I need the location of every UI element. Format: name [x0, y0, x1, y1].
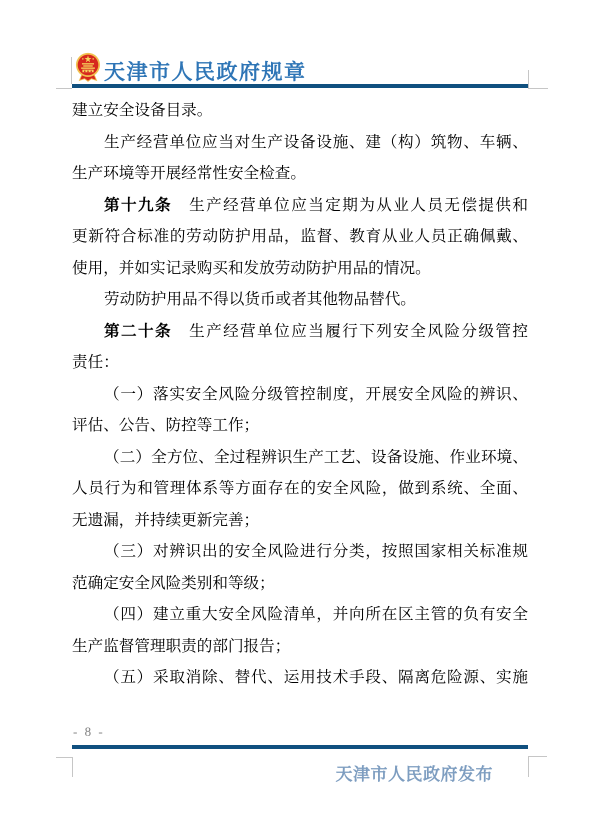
publisher-label: 天津市人民政府发布	[72, 760, 493, 785]
margin-mark-top-left-vertical	[71, 57, 72, 84]
body-line: （五）采取消除、替代、运用技术手段、隔离危险源、实施	[72, 662, 528, 694]
regulation-body-text: 建立安全设备目录。生产经营单位应当对生产设备设施、建（构）筑物、车辆、生产环境等…	[72, 95, 528, 694]
body-line: 建立安全设备目录。	[72, 95, 528, 127]
document-page: 天津市人民政府规章 建立安全设备目录。生产经营单位应当对生产设备设施、建（构）筑…	[0, 0, 594, 823]
margin-mark-top-right-vertical	[528, 70, 529, 88]
body-line: 生产环境等开展经常性安全检查。	[72, 158, 528, 190]
body-line: （四）建立重大安全风险清单，并向所在区主管的负有安全	[72, 599, 528, 631]
page-number: - 8 -	[73, 724, 105, 740]
margin-mark-top-left-horizontal	[56, 88, 72, 89]
body-line: 范确定安全风险类别和等级；	[72, 568, 528, 600]
body-line: 劳动防护用品不得以货币或者其他物品替代。	[72, 284, 528, 316]
margin-mark-bottom-left-horizontal	[56, 757, 73, 758]
body-line: 评估、公告、防控等工作；	[72, 410, 528, 442]
header-title: 天津市人民政府规章	[104, 56, 307, 86]
margin-mark-bottom-right-vertical	[528, 756, 529, 777]
body-line: 责任：	[72, 347, 528, 379]
body-line: 第二十条 生产经营单位应当履行下列安全风险分级管控	[72, 316, 528, 348]
body-line: 生产经营单位应当对生产设备设施、建（构）筑物、车辆、	[72, 127, 528, 159]
body-line: （三）对辨识出的安全风险进行分类，按照国家相关标准规	[72, 536, 528, 568]
body-line: 更新符合标准的劳动防护用品，监督、教育从业人员正确佩戴、	[72, 221, 528, 253]
body-line: （二）全方位、全过程辨识生产工艺、设备设施、作业环境、	[72, 442, 528, 474]
margin-mark-bottom-right-horizontal	[528, 756, 547, 757]
body-line: 无遗漏，并持续更新完善；	[72, 505, 528, 537]
article-number: 第二十条	[104, 323, 172, 340]
national-emblem-icon	[74, 52, 102, 83]
body-line: 生产监督管理职责的部门报告；	[72, 631, 528, 663]
article-number: 第十九条	[104, 197, 172, 214]
body-line: 人员行为和管理体系等方面存在的安全风险，做到系统、全面、	[72, 473, 528, 505]
footer-rule	[72, 745, 528, 749]
body-line: 第十九条 生产经营单位应当定期为从业人员无偿提供和	[72, 190, 528, 222]
body-line: 使用，并如实记录购买和发放劳动防护用品的情况。	[72, 253, 528, 285]
header-rule	[72, 84, 528, 88]
body-line: （一）落实安全风险分级管控制度，开展安全风险的辨识、	[72, 379, 528, 411]
margin-mark-top-right-horizontal	[528, 88, 548, 89]
